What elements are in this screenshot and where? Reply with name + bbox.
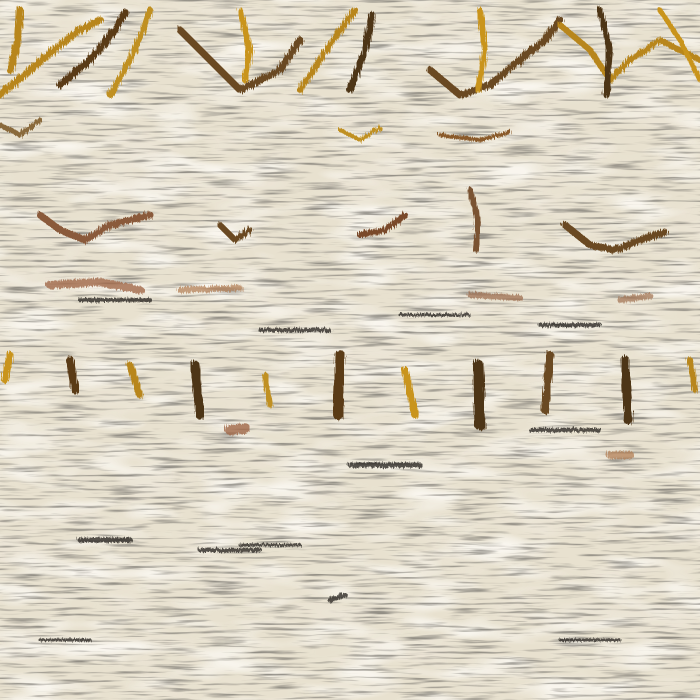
charcoal-streak-layer xyxy=(0,0,700,700)
rug-texture-image xyxy=(0,0,700,700)
rug-texture-svg xyxy=(0,0,700,700)
